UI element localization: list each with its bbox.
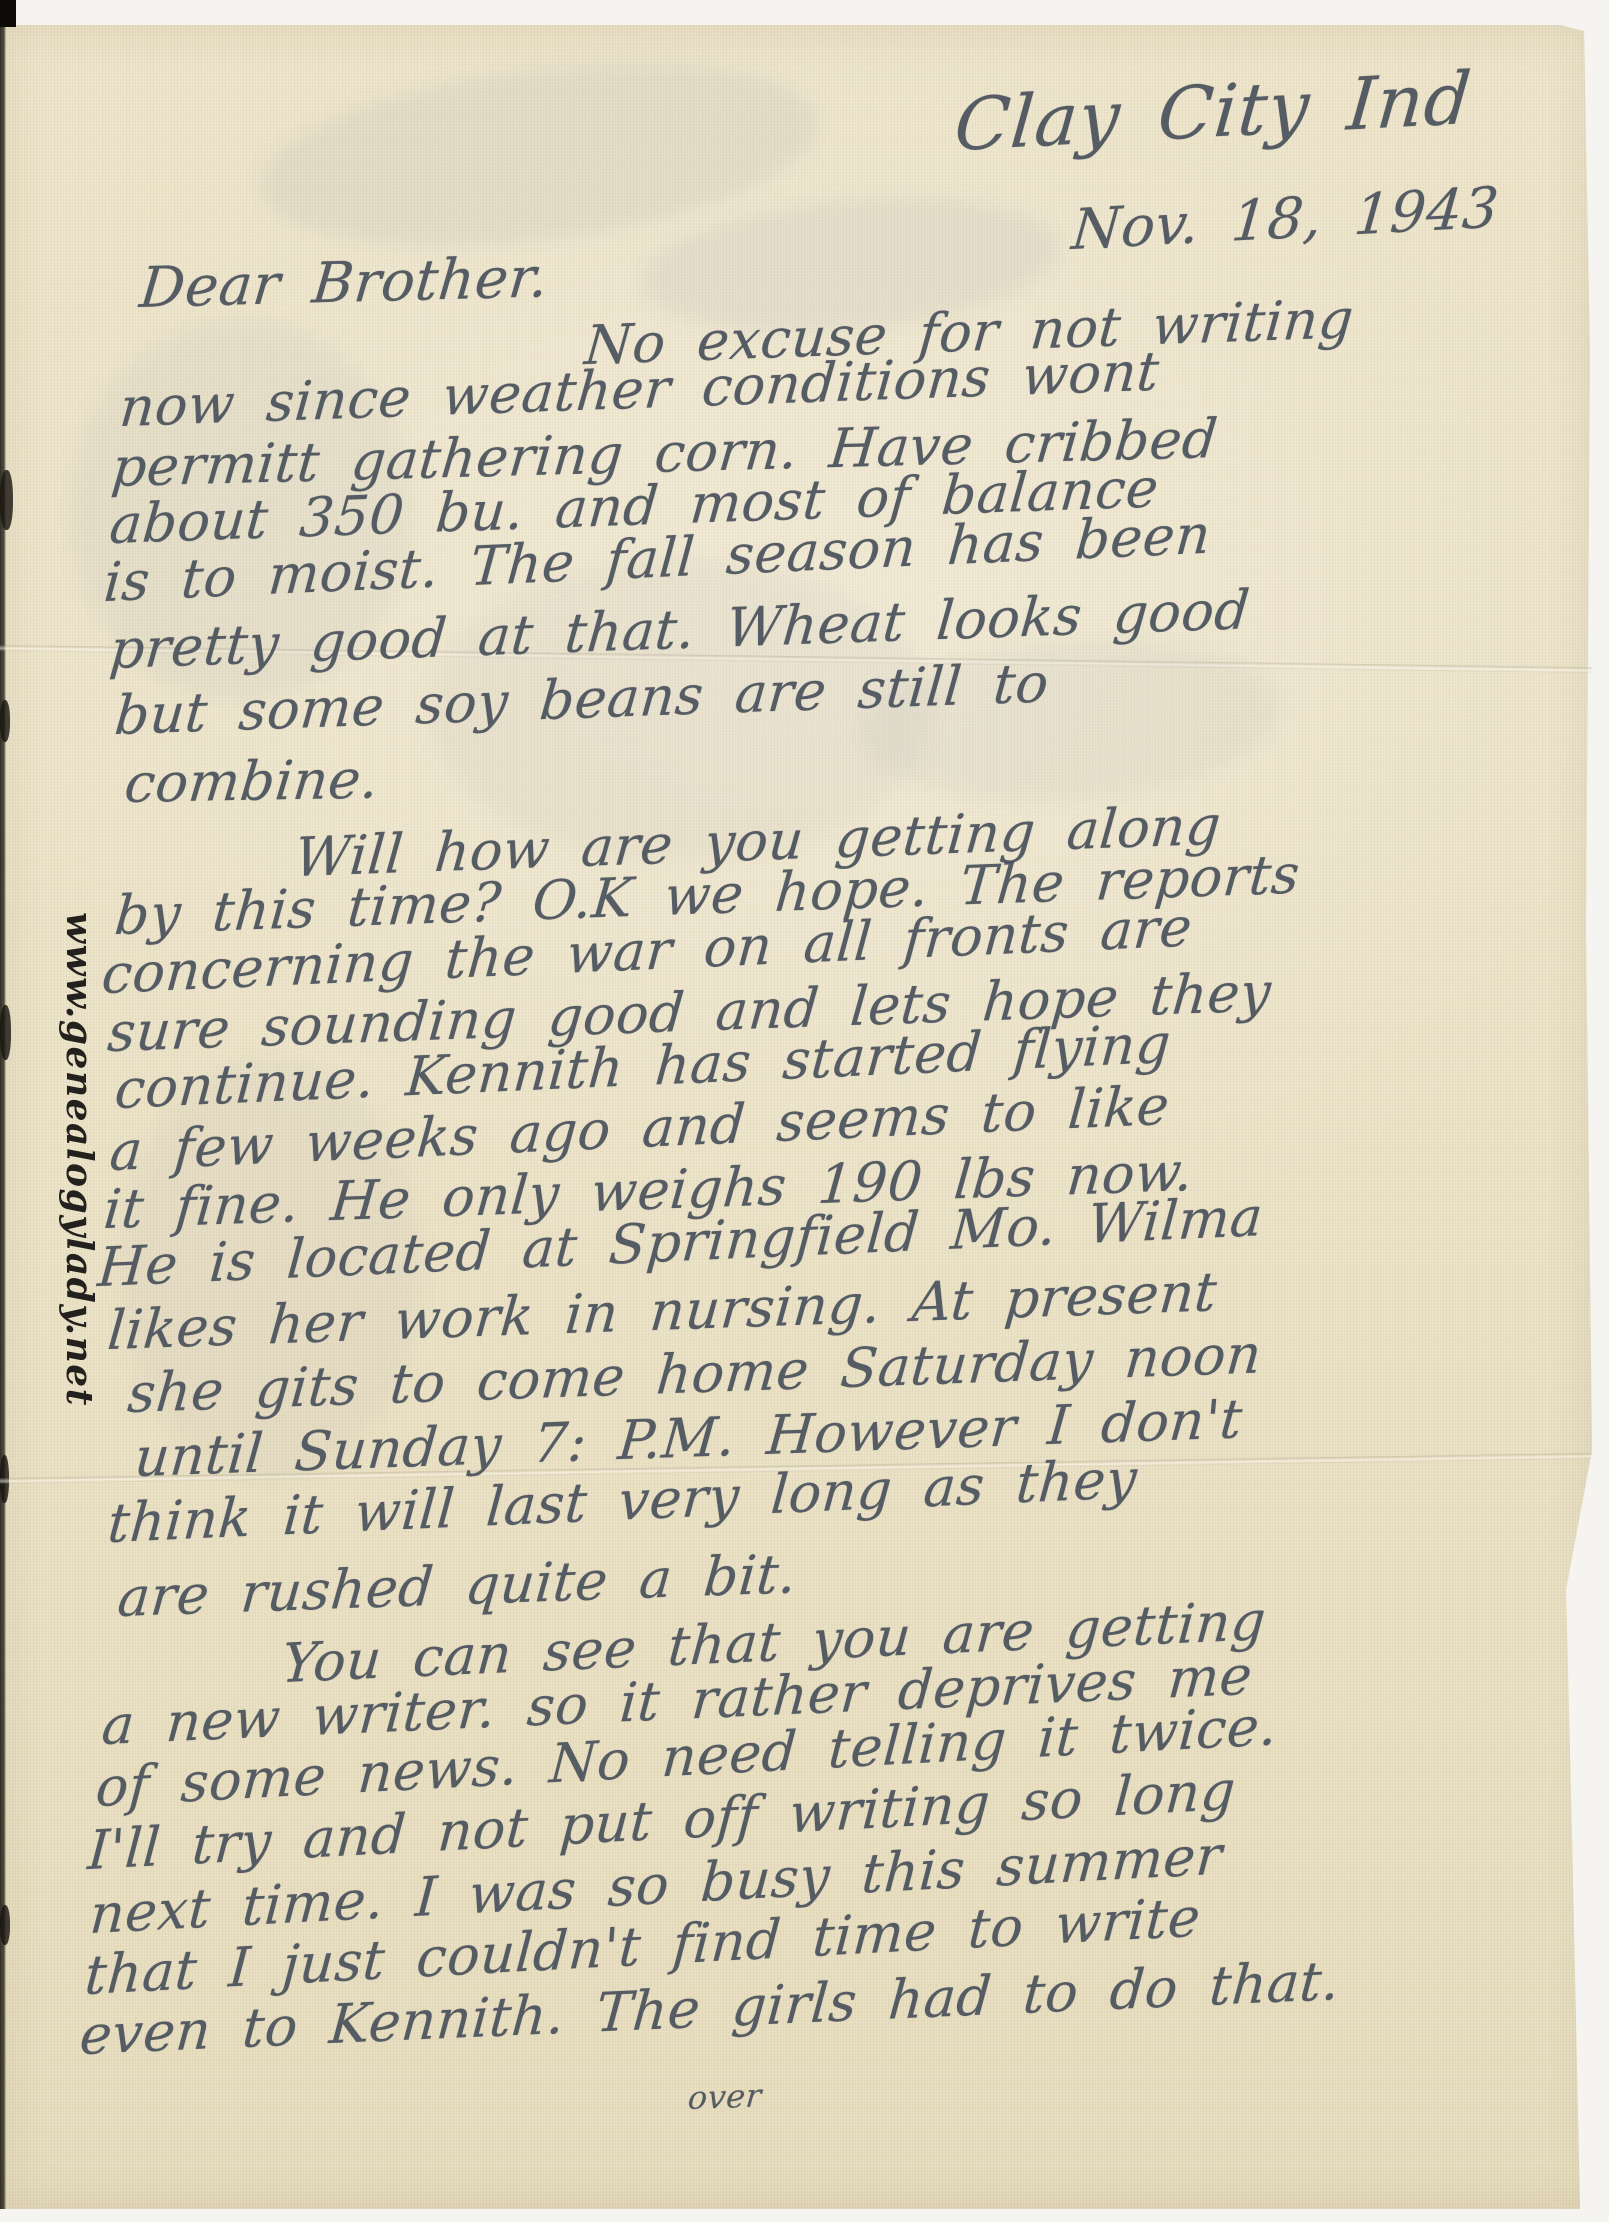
scanned-letter-page: { "watermark": { "text": "www.genealogyl… bbox=[0, 0, 1609, 2222]
scan-edge-artifact bbox=[0, 470, 13, 530]
watermark-url: www.genealogylady.net bbox=[58, 912, 100, 1407]
scan-edge-artifact bbox=[0, 700, 10, 742]
scan-left-edge-shadow bbox=[0, 25, 6, 2209]
page-turn-note: over bbox=[687, 2079, 763, 2115]
scan-edge-artifact bbox=[0, 1905, 10, 1945]
scan-edge-artifact bbox=[0, 1005, 11, 1060]
letter-salutation: Dear Brother. bbox=[137, 249, 551, 318]
letter-line: combine. bbox=[122, 752, 382, 813]
scan-corner-artifact bbox=[0, 0, 16, 27]
